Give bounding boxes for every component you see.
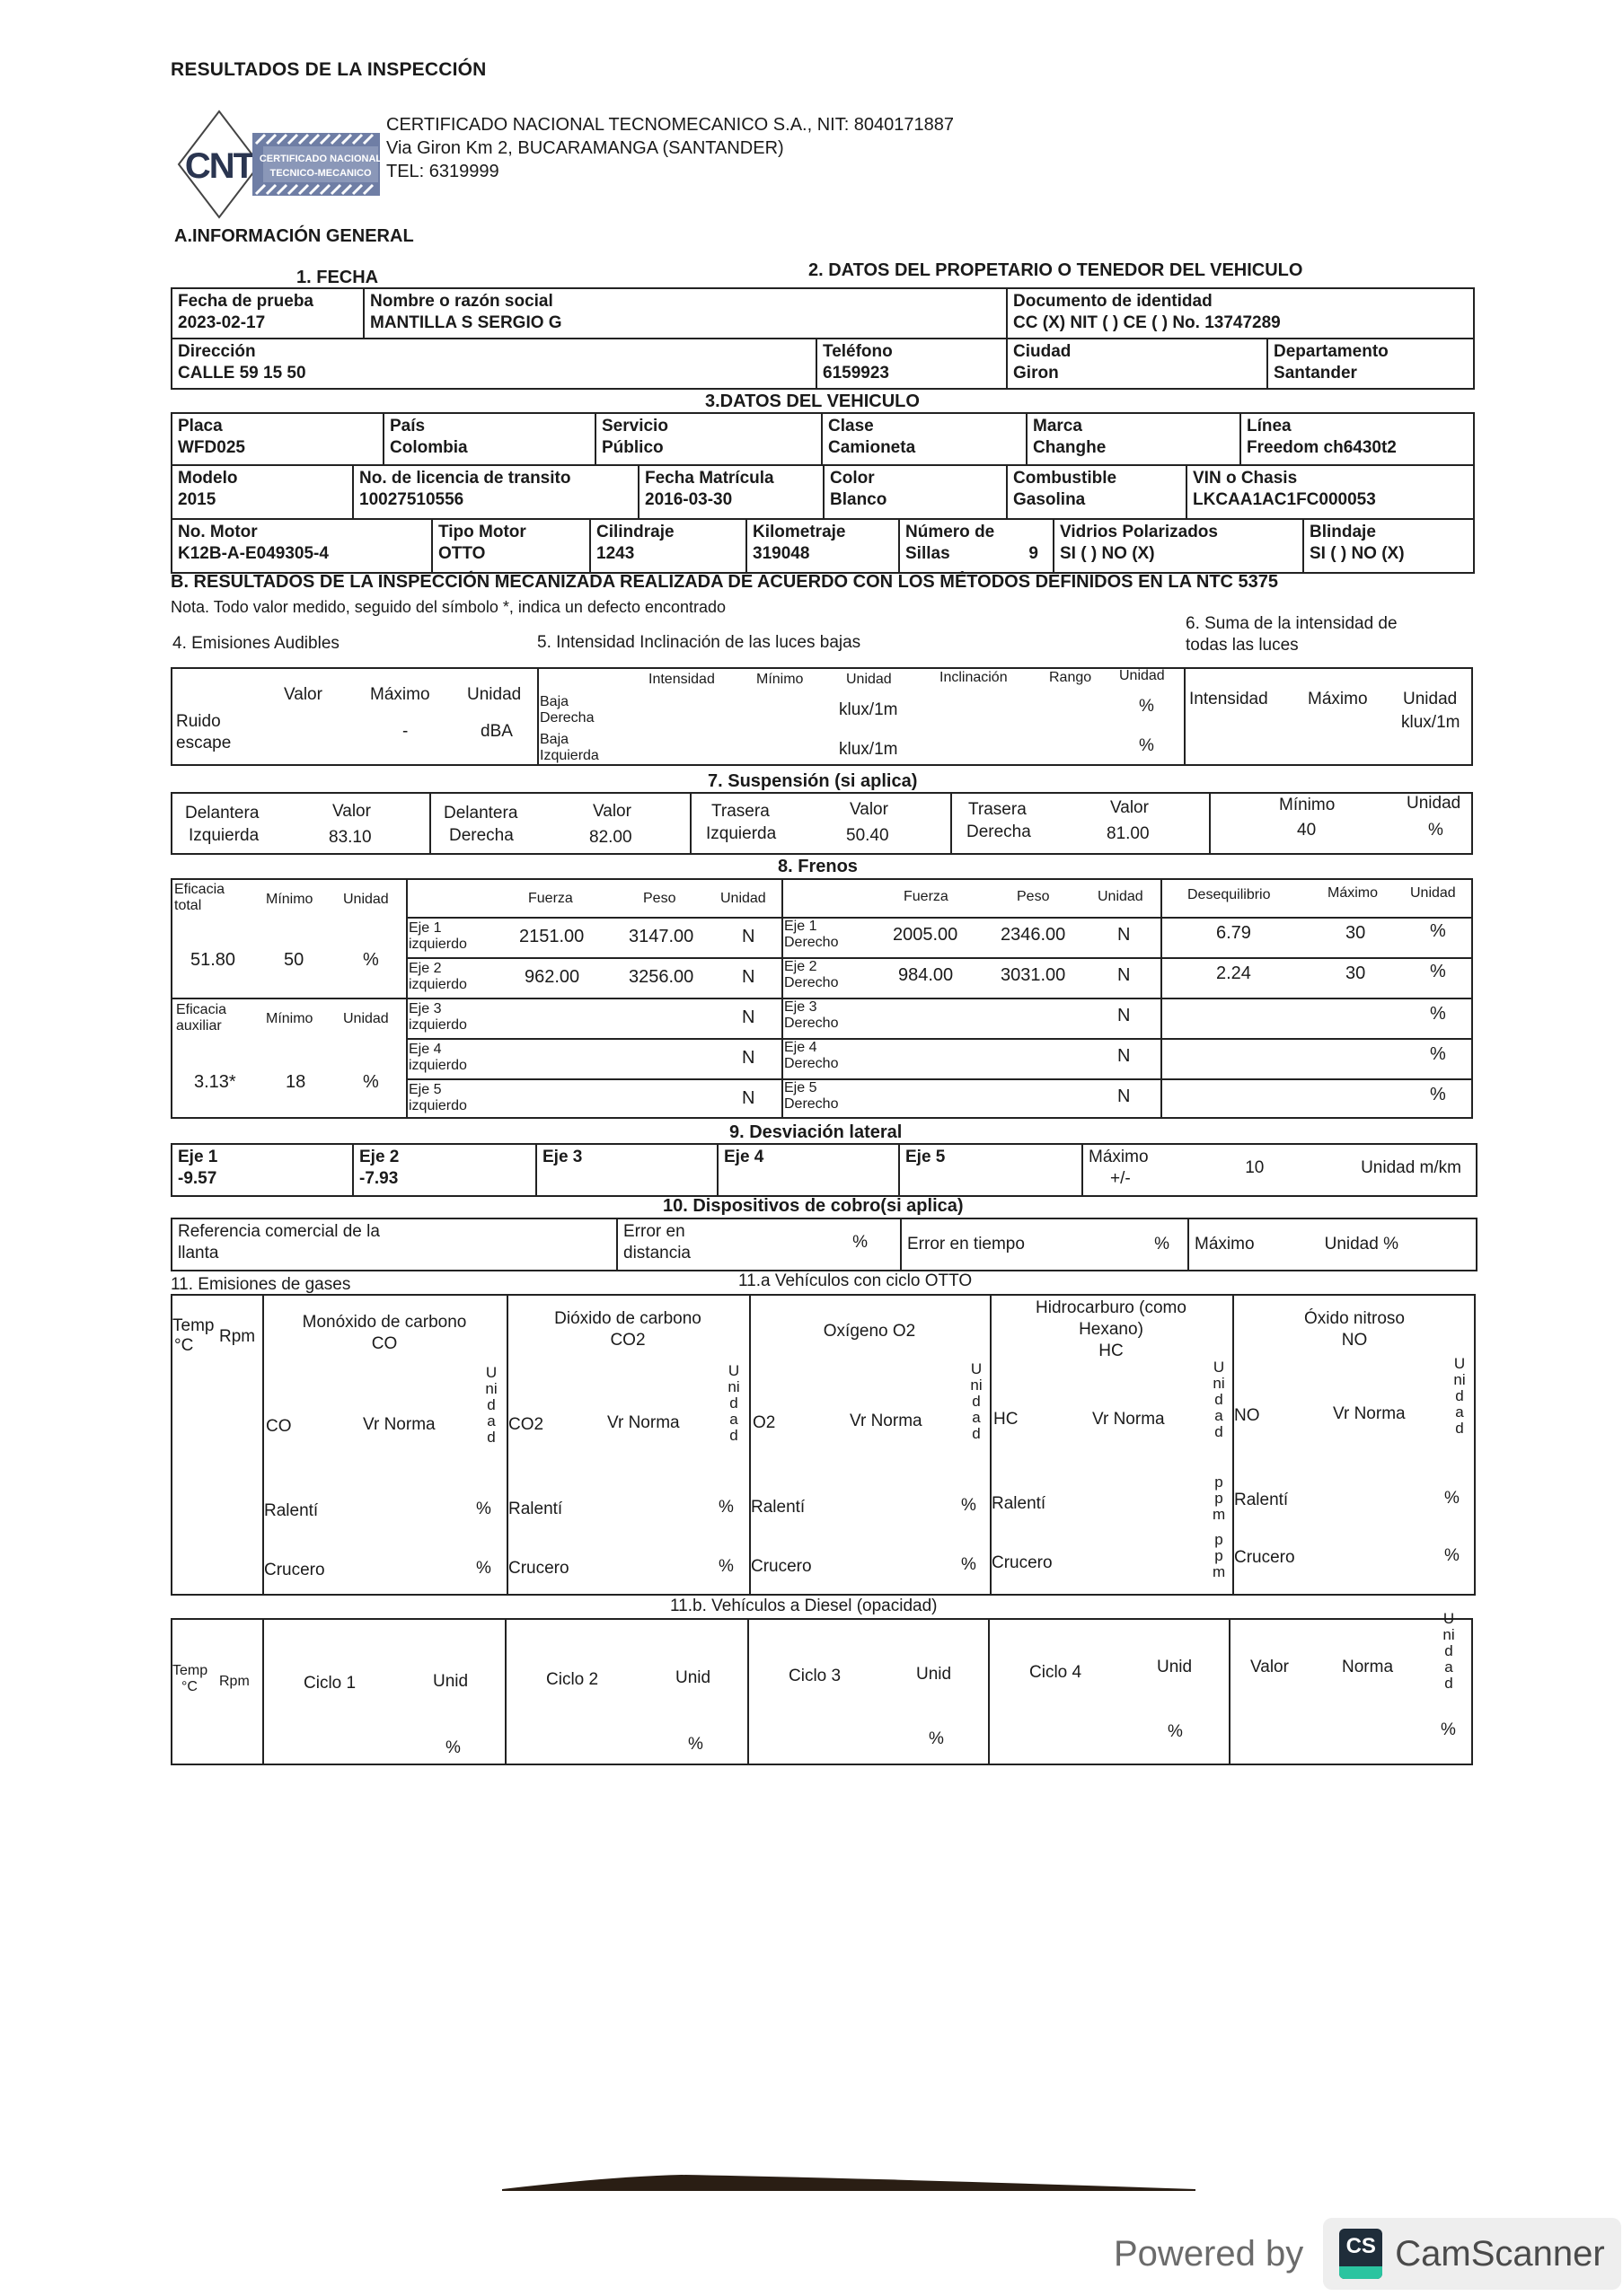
- ciclo-4-unit: %: [1168, 1722, 1183, 1742]
- eje-2-izq-unidad: N: [742, 967, 754, 988]
- suma-col-maximo: Máximo: [1308, 690, 1368, 709]
- gas-o2-vr-norma: Vr Norma: [850, 1412, 922, 1431]
- eficacia-total-unidad: %: [363, 950, 379, 971]
- frenos-der-col-peso: Peso: [1017, 889, 1049, 905]
- frenos-col-maximo: Máximo: [1328, 885, 1378, 902]
- error-distancia: Error endistancia%: [617, 1218, 901, 1271]
- ruido-col-unidad: Unidad: [467, 685, 521, 705]
- ciclo-3-label: Ciclo 3: [789, 1667, 841, 1686]
- gas-hc-unidad: Unidad: [1213, 1359, 1225, 1440]
- susp-minimo-label: Mínimo: [1279, 796, 1335, 815]
- ruido-label: Ruido: [176, 712, 221, 732]
- eje-1-unidad: %: [1430, 921, 1446, 942]
- eje-1-der-label-2: Derecho: [784, 935, 838, 951]
- susp-del-der-label: Delantera: [444, 804, 517, 823]
- modelo-cell: Modelo2015: [172, 465, 353, 519]
- tipo-motor-cell: Tipo MotorOTTO: [432, 519, 590, 573]
- departamento-cell: DepartamentoSantander: [1267, 339, 1474, 389]
- eje-4-der-label: Eje 4: [784, 1040, 816, 1056]
- divider: [406, 957, 1473, 959]
- suma-luces-heading-line1: 6. Suma de la intensidad de: [1186, 613, 1398, 635]
- eficacia-total-valor: 51.80: [190, 950, 235, 971]
- eje-2-maximo: 30: [1345, 963, 1365, 984]
- diesel-unidad-pct: %: [1441, 1720, 1456, 1740]
- gas-co-vr-norma: Vr Norma: [363, 1415, 436, 1435]
- susp-tra-izq-valor-label: Valor: [850, 800, 888, 820]
- frenos-der-col-unidad: Unidad: [1098, 889, 1143, 905]
- diesel-temp-label: Temp: [172, 1663, 207, 1679]
- ciclo-4-unid: Unid: [1157, 1658, 1192, 1677]
- eje-4-izq-label: Eje 4: [409, 1042, 441, 1058]
- gas-co-title-2: CO: [264, 1334, 505, 1354]
- otto-rpm-label: Rpm: [219, 1327, 255, 1347]
- eficacia-auxiliar-label: Eficacia: [176, 1002, 226, 1018]
- frenos-izq-col-peso: Peso: [643, 891, 675, 907]
- divider: [505, 1618, 507, 1765]
- suma-unidad: klux/1m: [1401, 713, 1460, 733]
- gas-hc-vr-norma: Vr Norma: [1092, 1410, 1165, 1430]
- diesel-rpm-label: Rpm: [219, 1674, 250, 1690]
- luces-col-unidad2: Unidad: [1119, 668, 1165, 684]
- eje-2-izq-label: Eje 2: [409, 961, 441, 977]
- fecha-matricula-cell: Fecha Matrícula2016-03-30: [639, 465, 824, 519]
- desviacion-eje-2: Eje 2-7.93: [353, 1144, 536, 1196]
- eje-2-izq-fuerza: 962.00: [525, 967, 579, 988]
- eficacia-auxiliar-minimo: 18: [286, 1072, 305, 1093]
- gas-co-ralenti-unit: %: [476, 1500, 491, 1519]
- susp-tra-izq-label: Trasera: [711, 802, 770, 822]
- gas-co2-title: Dióxido de carbono: [508, 1309, 747, 1329]
- eficacia-total-label: Eficacia: [174, 882, 225, 898]
- eficacia-auxiliar-label-2: auxiliar: [176, 1018, 222, 1034]
- svg-text:CNT: CNT: [185, 146, 255, 186]
- camscanner-badge: CS CamScanner: [1323, 2218, 1620, 2290]
- susp-del-der-valor: 82.00: [589, 828, 632, 848]
- dispositivos-heading: 10. Dispositivos de cobro(si aplica): [663, 1196, 964, 1217]
- desviacion-eje-5: Eje 5: [899, 1144, 1082, 1196]
- gas-co2-crucero-unit: %: [719, 1557, 734, 1577]
- eficacia-total-minimo-label: Mínimo: [266, 892, 313, 908]
- susp-tra-izq-label-2: Izquierda: [706, 824, 776, 844]
- gas-co-unidad: Unidad: [485, 1365, 498, 1446]
- eje-2-desequilibrio: 2.24: [1216, 963, 1251, 984]
- frenos-heading: 8. Frenos: [778, 857, 858, 877]
- eje-1-der-label: Eje 1: [784, 919, 816, 935]
- ciudad-cell: CiudadGiron: [1007, 339, 1267, 389]
- eje-2-izq-peso: 3256.00: [629, 967, 693, 988]
- gas-co2-code: CO2: [508, 1415, 543, 1435]
- gas-no-ralenti: Ralentí: [1234, 1491, 1288, 1510]
- gas-no-crucero-unit: %: [1444, 1546, 1460, 1566]
- susp-del-izq-valor-label: Valor: [332, 802, 371, 822]
- divider: [1184, 667, 1186, 766]
- eje-5-izq-label: Eje 5: [409, 1082, 441, 1098]
- desviacion-maximo: Máximo+/- 10 Unidad m/km: [1082, 1144, 1477, 1196]
- divider: [988, 1618, 990, 1765]
- susp-tra-izq-valor: 50.40: [846, 826, 889, 846]
- referencia-llanta: Referencia comercial de lallanta: [172, 1218, 617, 1271]
- motor-cell: No. MotorK12B-A-E049305-4: [172, 519, 432, 573]
- ciclo-1-label: Ciclo 1: [304, 1674, 356, 1693]
- diesel-temp-unit: °C: [181, 1679, 198, 1695]
- kilometraje-cell: Kilometraje319048: [746, 519, 899, 573]
- eje-5-izq-label-2: izquierdo: [409, 1098, 467, 1114]
- luces-col-minimo: Mínimo: [756, 672, 803, 688]
- diesel-valor-label: Valor: [1250, 1658, 1289, 1677]
- document-title: RESULTADOS DE LA INSPECCIÓN: [171, 59, 487, 81]
- vehicle-table-row2: Modelo2015 No. de licencia de transito10…: [171, 464, 1475, 520]
- vidrios-cell: Vidrios PolarizadosSI ( ) NO (X): [1054, 519, 1303, 573]
- ruido-col-valor: Valor: [284, 685, 322, 705]
- suma-luces-heading: 6. Suma de la intensidad de todas las lu…: [1186, 613, 1398, 656]
- propietario-heading: 2. DATOS DEL PROPETARIO O TENEDOR DEL VE…: [808, 260, 1302, 281]
- gas-no-crucero: Crucero: [1234, 1548, 1295, 1568]
- company-info: CERTIFICADO NACIONAL TECNOMECANICO S.A.,…: [386, 113, 954, 183]
- gas-o2-title: Oxígeno O2: [751, 1322, 988, 1342]
- gas-hc-ralenti: Ralentí: [992, 1494, 1045, 1514]
- eje-2-der-fuerza: 984.00: [898, 965, 953, 986]
- eje-4-der-unidad: N: [1117, 1046, 1130, 1067]
- divider: [690, 792, 692, 855]
- gas-o2-code: O2: [753, 1413, 775, 1433]
- baja-derecha-label: Baja: [540, 694, 569, 710]
- eficacia-auxiliar-valor: 3.13*: [194, 1072, 236, 1093]
- company-phone: TEL: 6319999: [386, 160, 954, 183]
- eje-3-izq-label-2: izquierdo: [409, 1017, 467, 1034]
- diesel-norma-label: Norma: [1342, 1658, 1393, 1677]
- gas-co2-title-2: CO2: [508, 1331, 747, 1350]
- gas-co2-vr-norma: Vr Norma: [607, 1413, 680, 1433]
- baja-izquierda-unidad: klux/1m: [839, 740, 897, 760]
- sillas-cell: Número deSillas9: [899, 519, 1054, 573]
- gas-hc-crucero: Crucero: [992, 1553, 1053, 1573]
- desviacion-table: Eje 1-9.57 Eje 2-7.93 Eje 3 Eje 4 Eje 5 …: [171, 1143, 1477, 1197]
- gas-co-crucero-unit: %: [476, 1559, 491, 1579]
- telefono-cell: Teléfono6159923: [816, 339, 1007, 389]
- gas-hc-ralenti-unit: ppm: [1213, 1474, 1225, 1523]
- gas-no-title: Óxido nitroso: [1234, 1309, 1475, 1329]
- direccion-cell: DirecciónCALLE 59 15 50: [172, 339, 816, 389]
- nombre-cell: Nombre o razón socialMANTILLA S SERGIO G: [364, 288, 1007, 339]
- susp-del-izq-valor: 83.10: [329, 828, 372, 848]
- documento-cell: Documento de identidadCC (X) NIT ( ) CE …: [1007, 288, 1474, 339]
- desviacion-heading: 9. Desviación lateral: [729, 1122, 902, 1143]
- frenos-izq-col-fuerza: Fuerza: [528, 891, 573, 907]
- eficacia-auxiliar-unidad: %: [363, 1072, 379, 1093]
- eje-1-der-peso: 2346.00: [1001, 925, 1065, 946]
- susp-minimo: 40: [1297, 821, 1316, 840]
- eficacia-total-unidad-label: Unidad: [343, 892, 389, 908]
- eje-3-der-label-2: Derecho: [784, 1016, 838, 1032]
- susp-tra-der-label-2: Derecha: [966, 823, 1031, 842]
- gas-o2-unidad: Unidad: [970, 1361, 983, 1442]
- eje-3-der-label: Eje 3: [784, 999, 816, 1016]
- frenos-col-unidad2: Unidad: [1410, 885, 1456, 902]
- color-cell: ColorBlanco: [824, 465, 1007, 519]
- company-name: CERTIFICADO NACIONAL TECNOMECANICO S.A.,…: [386, 113, 954, 136]
- vehiculo-heading: 3.DATOS DEL VEHICULO: [705, 391, 920, 412]
- divider: [429, 792, 431, 855]
- vehicle-table-row1: PlacaWFD025 PaísColombia ServicioPúblico…: [171, 412, 1475, 466]
- gas-hc-code: HC: [993, 1410, 1018, 1430]
- frenos-col-desequilibrio: Desequilibrio: [1187, 887, 1271, 903]
- scan-edge-artifact: [502, 2171, 1195, 2191]
- blindaje-cell: BlindajeSI ( ) NO (X): [1303, 519, 1474, 573]
- gas-no-title-2: NO: [1234, 1331, 1475, 1350]
- gas-hc-title-2: Hexano): [992, 1320, 1230, 1340]
- ciclo-2-label: Ciclo 2: [546, 1670, 598, 1690]
- baja-derecha-label-2: Derecha: [540, 710, 594, 726]
- eficacia-total-minimo: 50: [284, 950, 304, 971]
- linea-cell: LíneaFreedom ch6430t2: [1240, 413, 1474, 465]
- gas-no-code: NO: [1234, 1406, 1260, 1426]
- gas-co-title: Monóxido de carbono: [264, 1313, 505, 1333]
- fecha-prueba-cell: Fecha de prueba2023-02-17: [172, 288, 364, 339]
- ciclo-3-unit: %: [929, 1729, 944, 1749]
- cnt-logo: CNT CERTIFICADO NACIONAL TECNICO-MECANIC…: [177, 108, 385, 221]
- ruido-label-2: escape: [176, 734, 231, 753]
- camscanner-brand: CamScanner: [1395, 2234, 1604, 2274]
- clase-cell: ClaseCamioneta: [822, 413, 1027, 465]
- otto-heading: 11.a Vehículos con ciclo OTTO: [738, 1271, 972, 1291]
- eje-5-izq-unidad: N: [742, 1088, 754, 1109]
- gas-no-unidad: Unidad: [1453, 1356, 1466, 1437]
- eje-2-der-unidad: N: [1117, 965, 1130, 986]
- camscanner-watermark: Powered by CS CamScanner: [1114, 2218, 1621, 2290]
- svg-text:CERTIFICADO NACIONAL: CERTIFICADO NACIONAL: [260, 154, 383, 164]
- divider: [406, 917, 1473, 919]
- susp-tra-der-valor-label: Valor: [1110, 798, 1149, 818]
- eje-4-unidad: %: [1430, 1044, 1446, 1065]
- company-address: Via Giron Km 2, BUCARAMANGA (SANTANDER): [386, 136, 954, 160]
- baja-derecha-unidad2: %: [1139, 697, 1154, 717]
- eje-2-unidad: %: [1430, 962, 1446, 982]
- dispositivos-table: Referencia comercial de lallanta Error e…: [171, 1218, 1477, 1271]
- gas-co2-ralenti: Ralentí: [508, 1500, 562, 1519]
- susp-del-izq-label-2: Izquierda: [189, 826, 259, 846]
- gas-co-ralenti: Ralentí: [264, 1501, 318, 1521]
- luces-ruido-table: [171, 667, 1473, 766]
- eje-1-der-unidad: N: [1117, 925, 1130, 946]
- fecha-heading: 1. FECHA: [296, 268, 378, 288]
- section-a-title: A.INFORMACIÓN GENERAL: [174, 226, 414, 247]
- ciclo-4-label: Ciclo 4: [1029, 1663, 1081, 1683]
- eje-4-izq-unidad: N: [742, 1048, 754, 1069]
- divider: [406, 1078, 1473, 1080]
- ciclo-3-unid: Unid: [916, 1665, 951, 1685]
- eje-1-izq-label: Eje 1: [409, 920, 441, 937]
- eje-1-izq-fuerza: 2151.00: [519, 927, 584, 947]
- error-tiempo: Error en tiempo%: [901, 1218, 1188, 1271]
- diesel-heading: 11.b. Vehículos a Diesel (opacidad): [670, 1597, 938, 1616]
- servicio-cell: ServicioPúblico: [595, 413, 822, 465]
- divider: [950, 792, 952, 855]
- divider: [537, 667, 539, 766]
- suma-col-unidad: Unidad: [1403, 690, 1457, 709]
- owner-table: Fecha de prueba2023-02-17 Nombre o razón…: [171, 287, 1475, 390]
- luces-col-inclinacion: Inclinación: [939, 670, 1008, 686]
- ciclo-1-unid: Unid: [433, 1672, 468, 1692]
- baja-izquierda-label: Baja: [540, 732, 569, 748]
- cilindraje-cell: Cilindraje1243: [590, 519, 746, 573]
- camscanner-logo-icon: CS: [1339, 2229, 1382, 2279]
- susp-tra-der-valor: 81.00: [1107, 824, 1150, 844]
- susp-tra-der-label: Trasera: [968, 800, 1027, 820]
- divider: [171, 998, 1473, 999]
- luces-col-unidad: Unidad: [846, 672, 892, 688]
- gas-no-ralenti-unit: %: [1444, 1489, 1460, 1509]
- divider: [1209, 792, 1211, 855]
- emisiones-audibles-heading: 4. Emisiones Audibles: [172, 634, 340, 654]
- combustible-cell: CombustibleGasolina: [1007, 465, 1186, 519]
- suma-col-intensidad: Intensidad: [1189, 690, 1268, 709]
- divider: [747, 1618, 749, 1765]
- marca-cell: MarcaChanghe: [1027, 413, 1240, 465]
- gas-o2-crucero: Crucero: [751, 1557, 812, 1577]
- desviacion-eje-4: Eje 4: [718, 1144, 899, 1196]
- gas-co2-ralenti-unit: %: [719, 1498, 734, 1517]
- gas-hc-title-3: HC: [992, 1342, 1230, 1361]
- ruido-maximo: -: [402, 722, 408, 742]
- otto-temp-label: Temp: [172, 1316, 214, 1336]
- section-b-title: B. RESULTADOS DE LA INSPECCIÓN MECANIZAD…: [171, 572, 1278, 593]
- eje-2-der-peso: 3031.00: [1001, 965, 1065, 986]
- eje-2-der-label-2: Derecho: [784, 975, 838, 991]
- eje-1-der-fuerza: 2005.00: [893, 925, 957, 946]
- emisiones-gases-heading: 11. Emisiones de gases: [171, 1275, 350, 1295]
- eje-4-izq-label-2: izquierdo: [409, 1058, 467, 1074]
- eje-1-desequilibrio: 6.79: [1216, 923, 1251, 944]
- baja-izquierda-label-2: Izquierda: [540, 748, 599, 764]
- licencia-cell: No. de licencia de transito10027510556: [353, 465, 639, 519]
- eje-1-izq-peso: 3147.00: [629, 927, 693, 947]
- eficacia-total-label-2: total: [174, 898, 201, 914]
- powered-by-text: Powered by: [1114, 2234, 1303, 2274]
- susp-del-izq-label: Delantera: [185, 804, 259, 823]
- luces-col-rango: Rango: [1049, 670, 1091, 686]
- placa-cell: PlacaWFD025: [172, 413, 384, 465]
- eje-1-izq-unidad: N: [742, 927, 754, 947]
- dispositivos-maximo: MáximoUnidad %: [1188, 1218, 1477, 1271]
- ruido-unidad: dBA: [481, 722, 513, 742]
- cnt-logo-icon: CNT CERTIFICADO NACIONAL TECNICO-MECANIC…: [177, 108, 385, 221]
- divider: [262, 1618, 264, 1765]
- svg-text:TECNICO-MECANICO: TECNICO-MECANICO: [269, 168, 371, 179]
- ruido-col-maximo: Máximo: [370, 685, 430, 705]
- gas-co-crucero: Crucero: [264, 1561, 325, 1580]
- gas-o2-ralenti: Ralentí: [751, 1498, 805, 1517]
- desviacion-eje-3: Eje 3: [536, 1144, 718, 1196]
- luces-bajas-heading: 5. Intensidad Inclinación de las luces b…: [537, 633, 860, 653]
- eje-3-der-unidad: N: [1117, 1006, 1130, 1026]
- eje-1-maximo: 30: [1345, 923, 1365, 944]
- divider: [406, 1038, 1473, 1040]
- pais-cell: PaísColombia: [384, 413, 595, 465]
- susp-unidad-label: Unidad: [1407, 794, 1460, 814]
- gas-co2-crucero: Crucero: [508, 1559, 569, 1579]
- gas-co2-unidad: Unidad: [728, 1363, 740, 1444]
- ciclo-2-unit: %: [688, 1735, 703, 1755]
- gas-hc-title: Hidrocarburo (como: [992, 1298, 1230, 1318]
- eje-5-unidad: %: [1430, 1085, 1446, 1105]
- diesel-unidad: Unidad: [1442, 1611, 1455, 1692]
- eje-3-izq-unidad: N: [742, 1007, 754, 1028]
- baja-izquierda-unidad2: %: [1139, 736, 1154, 756]
- section-b-note: Nota. Todo valor medido, seguido del sím…: [171, 598, 726, 617]
- diesel-table: [171, 1618, 1473, 1765]
- desviacion-eje-1: Eje 1-9.57: [172, 1144, 353, 1196]
- gas-o2-crucero-unit: %: [961, 1555, 976, 1575]
- eficacia-auxiliar-unidad-label: Unidad: [343, 1011, 389, 1027]
- eje-3-unidad: %: [1430, 1004, 1446, 1025]
- frenos-der-col-fuerza: Fuerza: [904, 889, 948, 905]
- susp-del-der-valor-label: Valor: [593, 802, 631, 822]
- vin-cell: VIN o ChasisLKCAA1AC1FC000053: [1186, 465, 1474, 519]
- eje-2-der-label: Eje 2: [784, 959, 816, 975]
- eficacia-auxiliar-minimo-label: Mínimo: [266, 1011, 313, 1027]
- eje-2-izq-label-2: izquierdo: [409, 977, 467, 993]
- baja-derecha-unidad: klux/1m: [839, 700, 897, 720]
- ciclo-2-unid: Unid: [675, 1668, 710, 1688]
- gas-hc-crucero-unit: ppm: [1213, 1532, 1225, 1580]
- susp-del-der-label-2: Derecha: [449, 826, 514, 846]
- gas-o2-ralenti-unit: %: [961, 1496, 976, 1516]
- vehicle-table-row3: No. MotorK12B-A-E049305-4 Tipo MotorOTTO…: [171, 518, 1475, 574]
- ciclo-1-unit: %: [445, 1738, 461, 1758]
- eje-5-der-unidad: N: [1117, 1086, 1130, 1107]
- eje-5-der-label-2: Derecho: [784, 1096, 838, 1113]
- frenos-izq-col-unidad: Unidad: [720, 891, 766, 907]
- otto-temp-unit: °C: [174, 1336, 193, 1356]
- eje-5-der-label: Eje 5: [784, 1080, 816, 1096]
- eje-3-izq-label: Eje 3: [409, 1001, 441, 1017]
- susp-unidad: %: [1428, 821, 1443, 840]
- gas-co-code: CO: [266, 1417, 292, 1437]
- suspension-heading: 7. Suspensión (si aplica): [708, 771, 917, 792]
- divider: [1229, 1618, 1230, 1765]
- eje-4-der-label-2: Derecho: [784, 1056, 838, 1072]
- gas-no-vr-norma: Vr Norma: [1333, 1404, 1406, 1424]
- eje-1-izq-label-2: izquierdo: [409, 937, 467, 953]
- suma-luces-heading-line2: todas las luces: [1186, 635, 1398, 656]
- luces-col-intensidad: Intensidad: [648, 672, 715, 688]
